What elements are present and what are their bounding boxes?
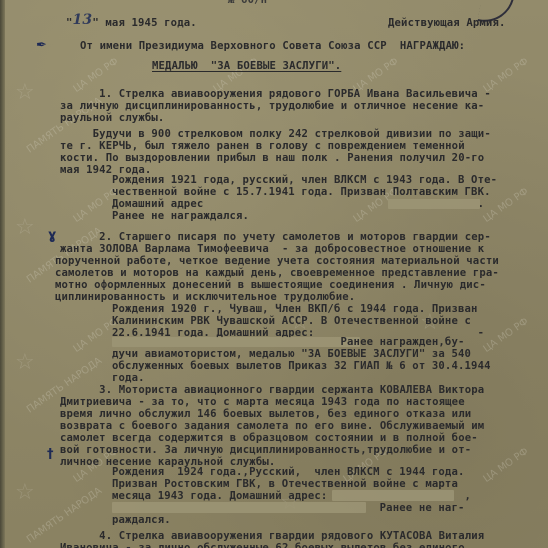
bio-line: Ранее не награждался.: [112, 210, 249, 222]
star-icon: ☆: [15, 350, 35, 375]
bio-line: Ранее награжден,бу-: [112, 336, 465, 348]
entry-line: Дмитриевича - за то, что с марта месяца …: [60, 396, 465, 408]
entry-line: 4. Стрелка авиавооружения гвардии рядово…: [60, 530, 484, 542]
redacted-address: [388, 199, 480, 209]
bio-line: дучи авиамотористом, медалью "ЗА БОЕВЫЕ …: [112, 348, 471, 360]
page-edge: [0, 0, 5, 548]
scanned-document-page: ЦА МО РФ ЦА МО РФ ЦА МО РФ ЦА МО РФ ПАМЯ…: [0, 0, 548, 548]
quote: ": [66, 17, 73, 29]
entry-line: Будучи в 900 стрелковом полку 242 стрелк…: [60, 128, 491, 140]
order-date: "13" мая 1945 года.: [66, 16, 197, 29]
entry-line: самолетов и моторов на каждый день, свое…: [55, 267, 499, 279]
entry-line: вой готовности. За личную дисциплинирова…: [60, 444, 471, 456]
location-label: Действующая Армия.: [388, 17, 506, 29]
bio-line: обслуженных боевых вылетов Приказ 32 ГИА…: [112, 360, 491, 372]
bio-line: Ранее не наг-: [112, 502, 465, 514]
bio-line: Рождения 1920 г., Чуваш, Член ВКП/б с 19…: [112, 303, 478, 315]
date-rest: " мая 1945 года.: [92, 17, 196, 29]
bio-line: Рождения 1921 года, русский, член ВЛКСМ …: [112, 174, 497, 186]
bio-line: раждался.: [112, 514, 171, 526]
ink-mark: †: [47, 447, 54, 462]
redacted-address: [332, 490, 454, 501]
entry-line: 3. Моториста авиационного гвардии сержан…: [60, 384, 484, 396]
bio-line: года.: [112, 372, 145, 384]
watermark-archive: ЦА МО РФ: [482, 316, 531, 355]
watermark-archive: ЦА МО РФ: [482, 446, 531, 485]
ink-mark: ✒: [36, 38, 47, 53]
handwritten-day: 13: [73, 12, 93, 28]
entry-line: циплинированность и исключительное трудо…: [55, 291, 355, 303]
entry-line: время лично обслужил 146 боевых вылетов,…: [60, 408, 471, 420]
entry-line: возврата с боевого задания самолета по е…: [60, 420, 484, 432]
ink-mark: ɣ: [48, 228, 56, 243]
entry-line: раульной службы.: [60, 112, 164, 124]
entry-line: порученной работе, четкое ведение учета …: [55, 255, 499, 267]
bio-line: Рождения 1924 года.,Русский, член ВЛКСМ …: [112, 466, 465, 478]
entry-line: 2. Старшего писаря по учету самолетов и …: [60, 231, 491, 243]
entry-line: жанта ЗОЛОВА Варлама Тимофеевича - за до…: [60, 243, 484, 255]
entry-line: Ивановича - за лично обслуженные 62 боев…: [60, 542, 465, 548]
bio-line: чественной войне с 15.7.1941 года. Призв…: [112, 186, 491, 198]
decree-line: От имени Президиума Верховного Совета Со…: [80, 40, 465, 52]
bio-line: Калининским РВК Чувашской АССР. В Отечес…: [112, 315, 471, 327]
entry-line: за личную дисциплинированность, трудолюб…: [60, 100, 484, 112]
entry-line: кости. По выздоровлении прибыл в наш пол…: [60, 152, 484, 164]
bio-line: Призван Ростовским ГВК, в Отечественной …: [112, 478, 458, 490]
star-icon: ☆: [15, 480, 35, 505]
entry-line: 1. Стрелка авиавооружения рядового ГОРБА…: [60, 88, 491, 100]
entry-line: те г. КЕРЧЬ, был тяжело ранен в голову с…: [60, 140, 465, 152]
star-icon: ☆: [15, 80, 35, 105]
document-number: № 60/н: [228, 0, 267, 6]
award-title: МЕДАЛЬЮ "ЗА БОЕВЫЕ ЗАСЛУГИ".: [152, 60, 341, 72]
entry-line: самолет всегда содержится в образцовом с…: [60, 432, 478, 444]
entry-line: мотно оформленных донесений в вышестоящи…: [55, 279, 486, 291]
star-icon: ☆: [15, 215, 35, 240]
